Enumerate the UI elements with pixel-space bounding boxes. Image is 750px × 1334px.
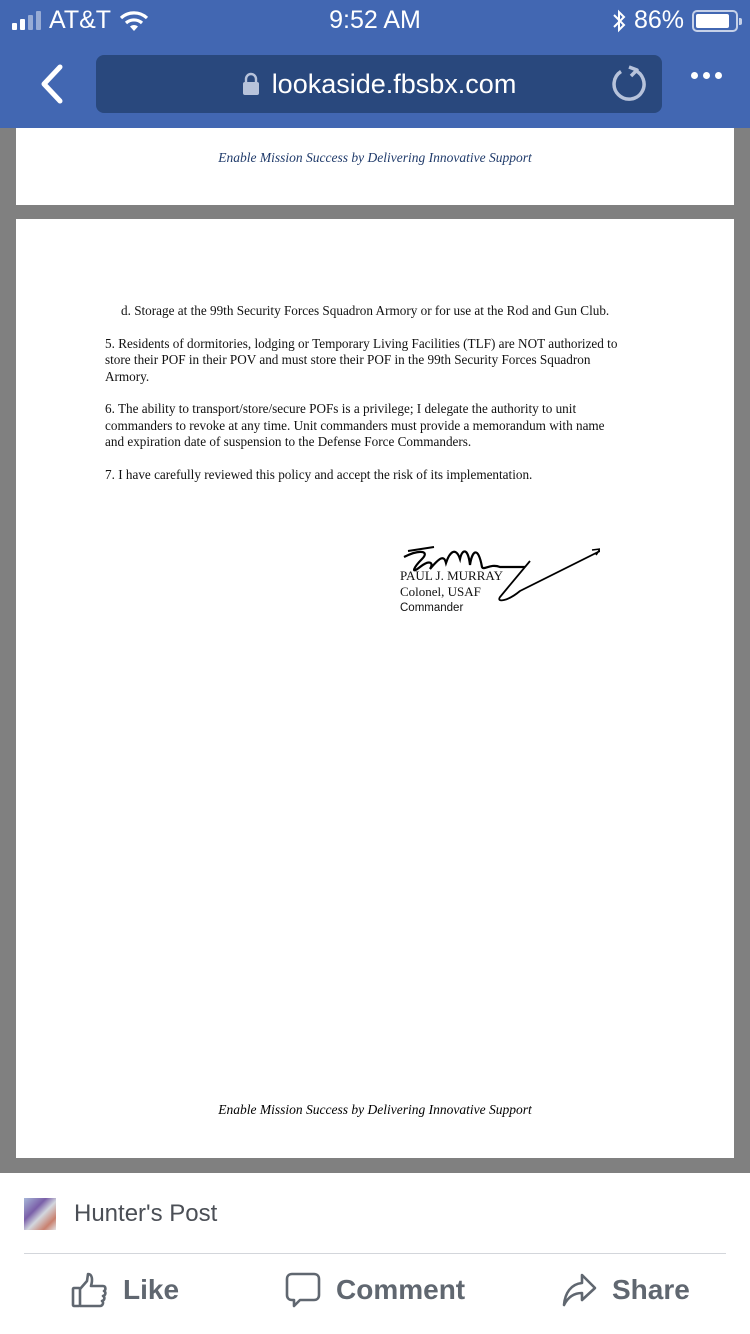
divider <box>24 1253 726 1254</box>
share-icon <box>560 1271 598 1309</box>
action-row: Like Comment Share <box>0 1271 750 1321</box>
post-action-bar: Hunter's Post Like Comment Share <box>0 1173 750 1334</box>
paragraph-d: d. Storage at the 99th Security Forces S… <box>105 303 625 320</box>
paragraph-7: 7. I have carefully reviewed this policy… <box>105 467 625 484</box>
battery-icon <box>692 10 738 32</box>
status-right: 86% <box>612 6 738 35</box>
like-label: Like <box>123 1274 179 1306</box>
avatar <box>24 1198 56 1230</box>
signer-title: Commander <box>400 600 503 616</box>
thumbs-up-icon <box>71 1271 109 1309</box>
paragraph-6: 6. The ability to transport/store/secure… <box>105 401 625 451</box>
document-body: d. Storage at the 99th Security Forces S… <box>105 303 625 499</box>
url-text: lookaside.fbsbx.com <box>272 69 517 100</box>
battery-percent: 86% <box>634 6 684 35</box>
browser-header: AT&T 9:52 AM 86% lookaside.fbsbx.com <box>0 0 750 128</box>
post-link[interactable]: Hunter's Post <box>24 1198 217 1230</box>
share-button[interactable]: Share <box>560 1271 690 1309</box>
chevron-left-icon[interactable] <box>32 59 72 109</box>
document-page-2: d. Storage at the 99th Security Forces S… <box>16 219 734 1158</box>
reload-icon[interactable] <box>610 65 648 103</box>
comment-label: Comment <box>336 1274 465 1306</box>
comment-icon <box>284 1271 322 1309</box>
ellipsis-icon[interactable] <box>691 72 722 79</box>
like-button[interactable]: Like <box>71 1271 179 1309</box>
browser-nav: lookaside.fbsbx.com <box>0 55 750 113</box>
paragraph-5: 5. Residents of dormitories, lodging or … <box>105 336 625 386</box>
share-label: Share <box>612 1274 690 1306</box>
lock-icon <box>242 72 260 96</box>
comment-button[interactable]: Comment <box>284 1271 465 1309</box>
status-bar: AT&T 9:52 AM 86% <box>0 0 750 40</box>
address-bar[interactable]: lookaside.fbsbx.com <box>96 55 662 113</box>
signer-rank: Colonel, USAF <box>400 584 503 600</box>
signer-name: PAUL J. MURRAY <box>400 568 503 584</box>
signature-block: PAUL J. MURRAY Colonel, USAF Commander <box>400 568 503 616</box>
page-footer-motto: Enable Mission Success by Delivering Inn… <box>16 1102 734 1118</box>
bluetooth-icon <box>612 9 626 33</box>
post-title: Hunter's Post <box>74 1200 217 1228</box>
document-page-1: Enable Mission Success by Delivering Inn… <box>16 128 734 205</box>
page-footer-motto: Enable Mission Success by Delivering Inn… <box>16 150 734 166</box>
